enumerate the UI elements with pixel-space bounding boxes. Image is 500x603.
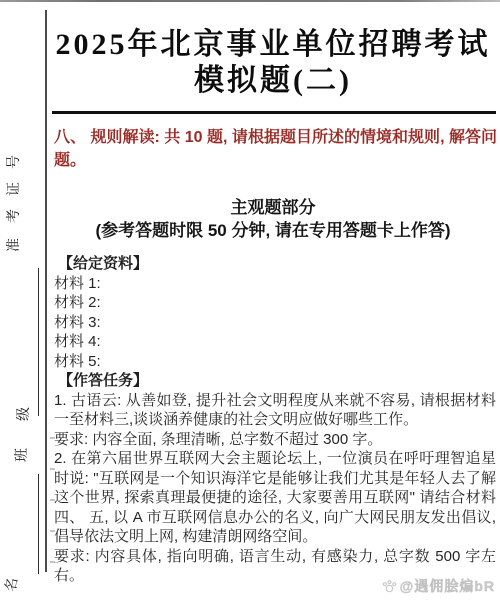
paper-title-line2: 模拟题(二) — [48, 63, 498, 99]
subjective-part-heading: 主观题部分 — [48, 197, 498, 218]
paper-title-line1: 2025年北京事业单位招聘考试 — [48, 27, 498, 63]
task-1-requirement: 要求: 内容全面, 条理清晰, 总字数不超过 300 字。 — [52, 430, 496, 450]
margin-field-char: 准 — [6, 236, 24, 254]
watermark: @遇佣脍煸bR — [382, 576, 495, 596]
margin-field-blank-line — [38, 474, 39, 574]
material-item: 材料 1: — [52, 274, 496, 294]
materials-heading: 【给定资料】 — [52, 254, 496, 274]
watermark-text: @遇佣脍煸bR — [400, 576, 495, 596]
material-item: 材料 2: — [52, 293, 496, 313]
paper-body: 【给定资料】 材料 1: 材料 2: 材料 3: 材料 4: 材料 5: 【作答… — [52, 254, 496, 586]
margin-field-char: 名 — [3, 575, 24, 596]
material-item: 材料 5: — [52, 352, 496, 372]
margin-field-char: 考 — [6, 207, 24, 225]
material-item: 材料 4: — [52, 332, 496, 352]
exam-paper-page: 号 证 考 准 级 班 名 2025年北京事业单位招聘考试 模拟题(二) 八、 … — [0, 0, 500, 603]
binding-fold-line — [45, 10, 47, 572]
margin-field-char: 级 — [16, 405, 34, 423]
title-divider-rule — [52, 111, 496, 114]
material-item: 材料 3: — [52, 313, 496, 333]
page-top-edge — [0, 0, 500, 2]
margin-field-char: 号 — [6, 153, 24, 171]
subjective-part-subheading: (参考答题时限 50 分钟, 请在专用答题卡上作答) — [48, 220, 498, 242]
margin-field-blank-line — [38, 268, 39, 416]
margin-field-char: 班 — [14, 446, 32, 464]
tasks-heading: 【作答任务】 — [52, 371, 496, 391]
task-2-text: 2. 在第六届世界互联网大会主题论坛上, 一位演员在呼吁理智追星时说: "互联网… — [52, 449, 496, 547]
margin-field-char: 证 — [6, 180, 24, 198]
paw-icon — [382, 579, 397, 594]
section-eight-rule-text: 八、 规则解读: 共 10 题, 请根据题目所述的情境和规则, 解答问题。 — [54, 126, 497, 172]
paper-title: 2025年北京事业单位招聘考试 模拟题(二) — [48, 27, 498, 99]
task-1-text: 1. 古语云: 从善如登, 提升社会文明程度从来就不容易, 请根据材料一至材料三… — [52, 391, 496, 430]
